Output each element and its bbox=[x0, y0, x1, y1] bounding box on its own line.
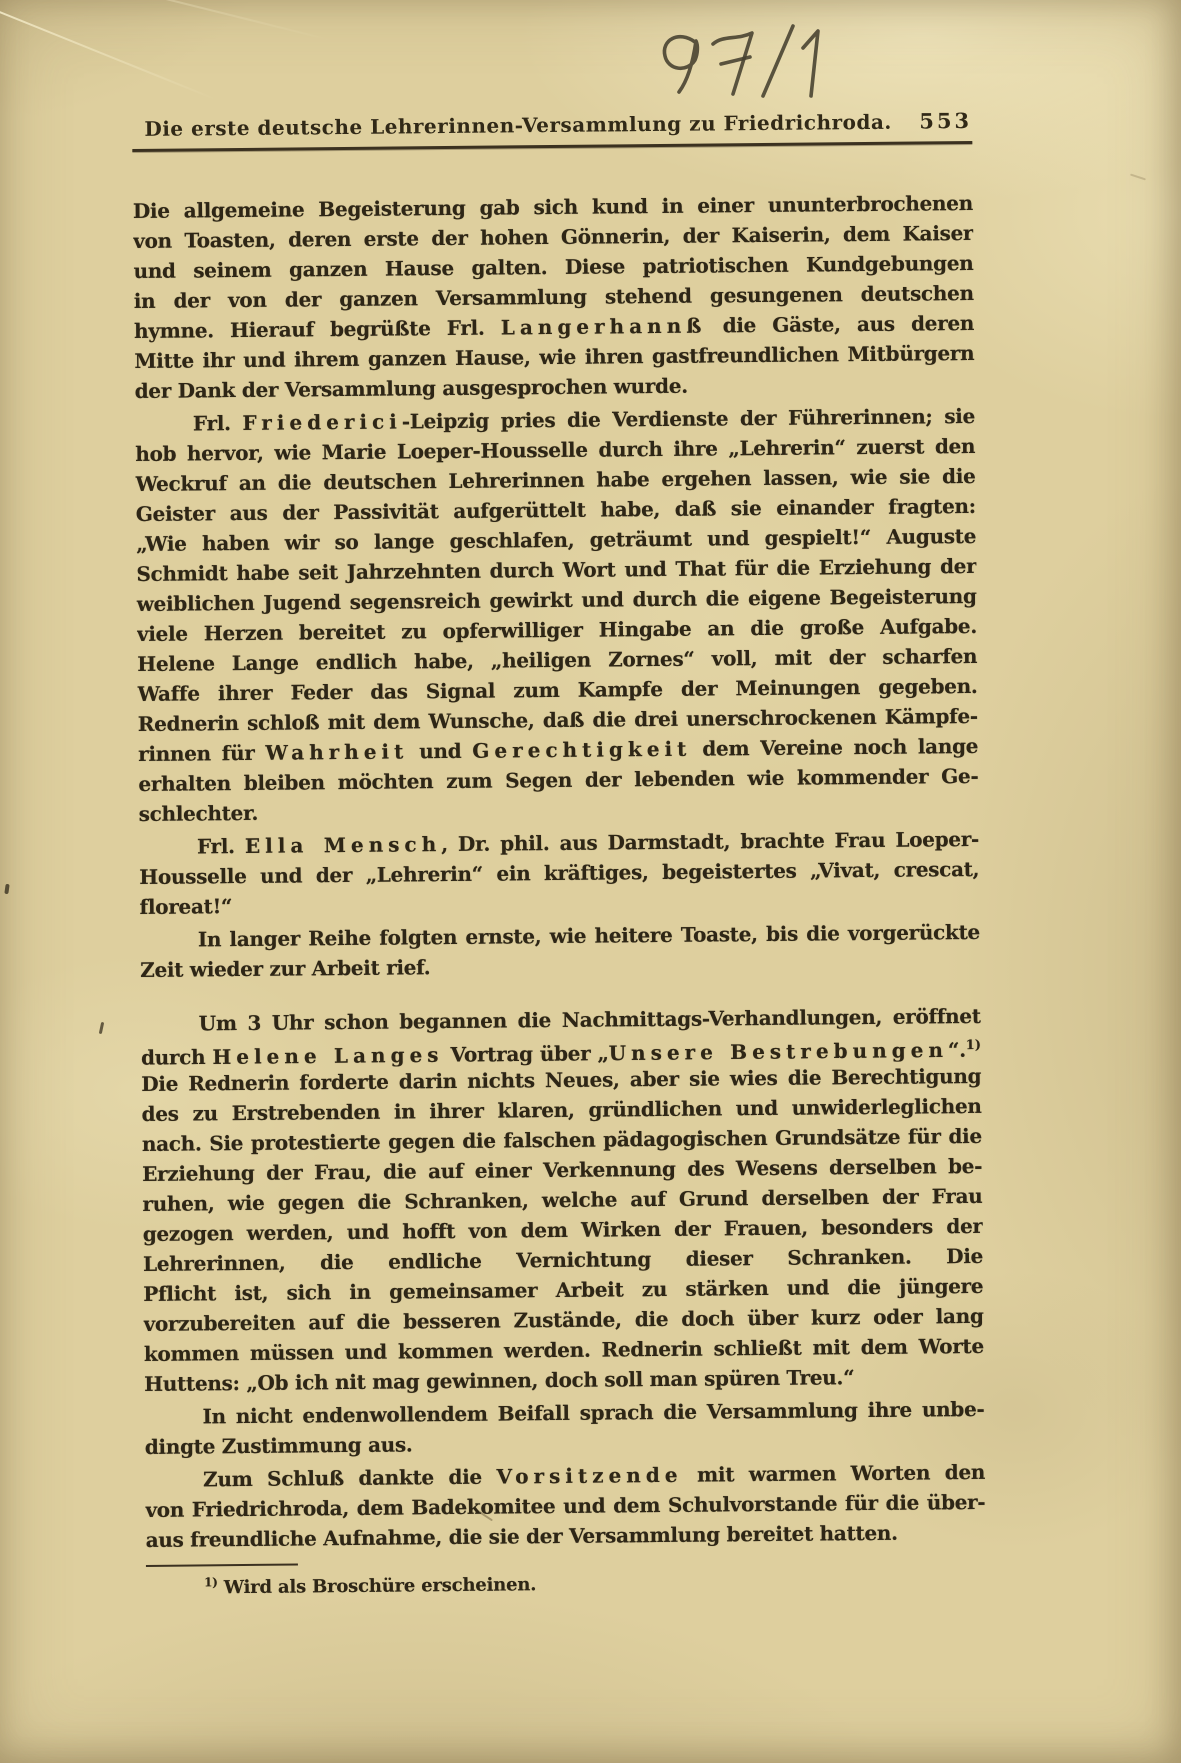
text-segment: schlechter. bbox=[139, 801, 259, 826]
text-segment: , Dr. phil. aus Darmstadt, brachte Frau … bbox=[441, 827, 979, 856]
text-segment: Vortrag über „ bbox=[443, 1041, 608, 1067]
page-title: Die erste deutsche Lehrerinnen-Versammlu… bbox=[98, 108, 938, 142]
text-segment: Helene Langes bbox=[212, 1043, 443, 1069]
text-segment: erhalten bleiben möchten zum Segen der l… bbox=[138, 764, 978, 796]
text-segment: Frl. bbox=[197, 834, 245, 858]
paragraph: In langer Reihe folgten ernste, wie heit… bbox=[140, 917, 981, 985]
text-segment: kommen müssen und kommen werden. Redneri… bbox=[144, 1334, 984, 1366]
footnote-text: Wird als Broschüre erscheinen. bbox=[218, 1574, 537, 1598]
text-segment: der Dank der Versammlung ausgesprochen w… bbox=[135, 374, 688, 403]
footnote-rule bbox=[146, 1564, 298, 1567]
handwritten-annotation bbox=[655, 18, 845, 110]
text-segment: dingte Zustimmung aus. bbox=[145, 1432, 413, 1459]
paragraph: Frl. Friederici-Leipzig pries die Verdie… bbox=[135, 401, 979, 829]
footnote: 1) Wird als Broschüre erscheinen. bbox=[146, 1568, 986, 1599]
text-segment: Wahrheit bbox=[265, 739, 408, 764]
text-segment: Friederici bbox=[242, 409, 402, 435]
paragraph: In nicht endenwollendem Beifall sprach d… bbox=[144, 1394, 985, 1462]
handwriting-97-1-icon bbox=[655, 18, 845, 110]
paper-scratch bbox=[1130, 174, 1146, 181]
text-segment: Mitte ihr und ihrem ganzen Hause, wie ih… bbox=[134, 341, 974, 373]
margin-mark bbox=[99, 1022, 104, 1034]
paragraph: Um 3 Uhr schon begannen die Nachmittags-… bbox=[141, 1001, 985, 1399]
text-segment: Langerhannß bbox=[501, 314, 707, 340]
text-segment: Zeit wieder zur Arbeit rief. bbox=[140, 955, 430, 982]
scanned-document-page: Die erste deutsche Lehrerinnen-Versammlu… bbox=[0, 0, 1181, 1763]
text-segment: Ella Mensch bbox=[245, 832, 441, 858]
text-segment: Gerechtigkeit bbox=[472, 737, 691, 763]
footnote-marker: 1) bbox=[204, 1575, 218, 1589]
paragraph: Die allgemeine Begeisterung gab sich kun… bbox=[133, 188, 975, 406]
margin-mark bbox=[4, 884, 9, 894]
text-segment: durch bbox=[141, 1045, 213, 1069]
header-rule bbox=[132, 141, 972, 152]
running-header: Die erste deutsche Lehrerinnen-Versammlu… bbox=[132, 108, 972, 142]
body-text: Die allgemeine Begeisterung gab sich kun… bbox=[133, 188, 986, 1555]
page-content: Die erste deutsche Lehrerinnen-Versammlu… bbox=[132, 108, 986, 1599]
text-segment: dem Vereine noch lange bbox=[691, 734, 978, 761]
text-segment: -Leipzig pries die Verdienste der Führer… bbox=[402, 404, 975, 434]
paper-crease bbox=[0, 5, 217, 101]
text-segment: In nicht endenwollendem Beifall sprach d… bbox=[202, 1397, 984, 1429]
text-segment: Um 3 Uhr schon begannen die Nachmittags-… bbox=[199, 1004, 981, 1036]
text-segment: aus freundliche Aufnahme, die sie der Ve… bbox=[146, 1521, 898, 1552]
text-segment: hymne. Hierauf begrüßte Frl. bbox=[134, 316, 501, 344]
text-segment: und bbox=[408, 739, 472, 764]
paper-crease bbox=[44, 0, 336, 42]
footnote-reference: 1) bbox=[966, 1038, 981, 1053]
text-segment: floreat!“ bbox=[139, 894, 232, 919]
paragraph: Frl. Ella Mensch, Dr. phil. aus Darmstad… bbox=[139, 824, 980, 922]
text-segment: Vorsitzende bbox=[496, 1463, 682, 1489]
page-number: 553 bbox=[919, 108, 972, 135]
text-segment: Huttens: „Ob ich nit mag gewinnen, doch … bbox=[144, 1365, 854, 1396]
text-segment: Zum Schluß dankte die bbox=[203, 1465, 497, 1492]
text-segment: rinnen für bbox=[138, 741, 266, 766]
text-segment: In langer Reihe folgten ernste, wie heit… bbox=[198, 920, 980, 952]
paragraph: Zum Schluß dankte die Vorsitzende mit wa… bbox=[145, 1457, 986, 1555]
text-segment: die Gäste, aus deren bbox=[706, 311, 974, 338]
text-segment: “. bbox=[948, 1038, 966, 1062]
text-segment: Frl. bbox=[193, 411, 243, 435]
text-segment: Housselle und der „Lehrerin“ ein kräftig… bbox=[139, 857, 979, 889]
